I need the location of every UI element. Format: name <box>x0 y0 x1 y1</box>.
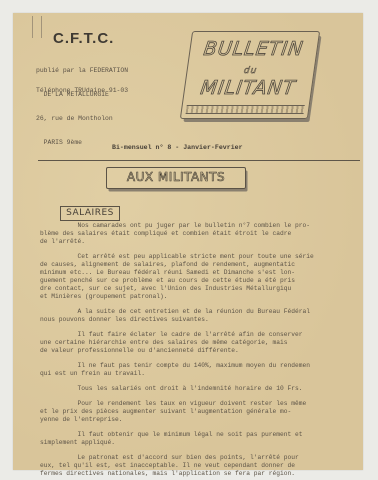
text-line: de l'arrêté. <box>40 238 362 246</box>
article-body: Nos camarades ont pu juger par le bullet… <box>40 222 362 480</box>
text-line: Tous les salariés ont droit à l'indemnit… <box>40 385 362 393</box>
phone-number: Téléphone TRUdaine 91-03 <box>36 87 128 94</box>
text-line: Il faut obtenir que le minimum légal ne … <box>40 431 362 439</box>
subsection-title: SALAIRES <box>61 208 119 218</box>
text-line: A la suite de cet entretien et de la réu… <box>40 308 362 316</box>
text-line: de valeur professionnelle ou d'anciennet… <box>40 347 362 355</box>
text-line: nous pouvons donner les directives suiva… <box>40 316 362 324</box>
text-line: Pour le rendement les taux en vigueur do… <box>40 400 362 408</box>
paragraph: Il faut obtenir que le minimum légal ne … <box>40 431 362 447</box>
logo-base-decoration <box>186 105 305 114</box>
logo-title-middle: du <box>187 66 314 76</box>
subsection-title-box: SALAIRES <box>60 206 120 221</box>
section-title: AUX MILITANTS <box>107 170 245 184</box>
text-line: Nos camarades ont pu juger par le bullet… <box>40 222 362 230</box>
text-line: dre contact, sur ce sujet, avec l'Union … <box>40 285 362 293</box>
text-line: eux, tel qu'il est, est inacceptable. Il… <box>40 462 362 470</box>
paragraph: A la suite de cet entretien et de la réu… <box>40 308 362 324</box>
paragraph: Cet arrêté est peu applicable stricte me… <box>40 253 362 301</box>
paragraph: Le patronat est d'accord sur bien des po… <box>40 454 362 478</box>
paragraph: Il ne faut pas tenir compte du 140%, max… <box>40 362 362 378</box>
paragraph: Nos camarades ont pu juger par le bullet… <box>40 222 362 246</box>
text-line: Cet arrêté est peu applicable stricte me… <box>40 253 362 261</box>
text-line: de causes, alignement de salaires, plafo… <box>40 261 362 269</box>
paragraph: Tous les salariés ont droit à l'indemnit… <box>40 385 362 393</box>
text-line: simplement appliqué. <box>40 439 362 447</box>
margin-marks <box>32 16 42 38</box>
publisher-line: publié par la FEDERATION <box>36 67 128 75</box>
bulletin-logo: BULLETIN du MILITANT <box>180 31 320 119</box>
text-line: Il ne faut pas tenir compte du 140%, max… <box>40 362 362 370</box>
text-line: blème des salaires était compliqué et co… <box>40 230 362 238</box>
text-line: Il faut faire éclater le cadre de l'arrê… <box>40 331 362 339</box>
text-line: et Minières (groupement patronal). <box>40 293 362 301</box>
text-line: minimum etc... Le Bureau fédéral réuni S… <box>40 269 362 277</box>
publisher-line: 26, rue de Montholon <box>36 115 128 123</box>
text-line: une certaine hiérarchie entre des salair… <box>40 339 362 347</box>
text-line: yenne de l'entreprise. <box>40 416 362 424</box>
logo-title-top: BULLETIN <box>189 38 318 60</box>
text-line: guement penché sur ce problème et au cou… <box>40 277 362 285</box>
header-divider <box>38 160 360 161</box>
document-page: C.F.T.C. publié par la FEDERATION DE LA … <box>13 13 363 470</box>
text-line: qui est un frein au travail. <box>40 370 362 378</box>
issue-line: Bi-mensuel n° 8 - Janvier-Fevrier <box>112 144 243 151</box>
paragraph: Pour le rendement les taux en vigueur do… <box>40 400 362 424</box>
paragraph: Il faut faire éclater le cadre de l'arrê… <box>40 331 362 355</box>
text-line: Le patronat est d'accord sur bien des po… <box>40 454 362 462</box>
text-line: et le prix des pièces augmenter suivant … <box>40 408 362 416</box>
text-line: fermes directives nationales, mais l'app… <box>40 470 362 478</box>
section-title-box: AUX MILITANTS <box>106 167 246 189</box>
org-name: C.F.T.C. <box>53 30 114 47</box>
logo-title-bottom: MILITANT <box>184 77 313 99</box>
